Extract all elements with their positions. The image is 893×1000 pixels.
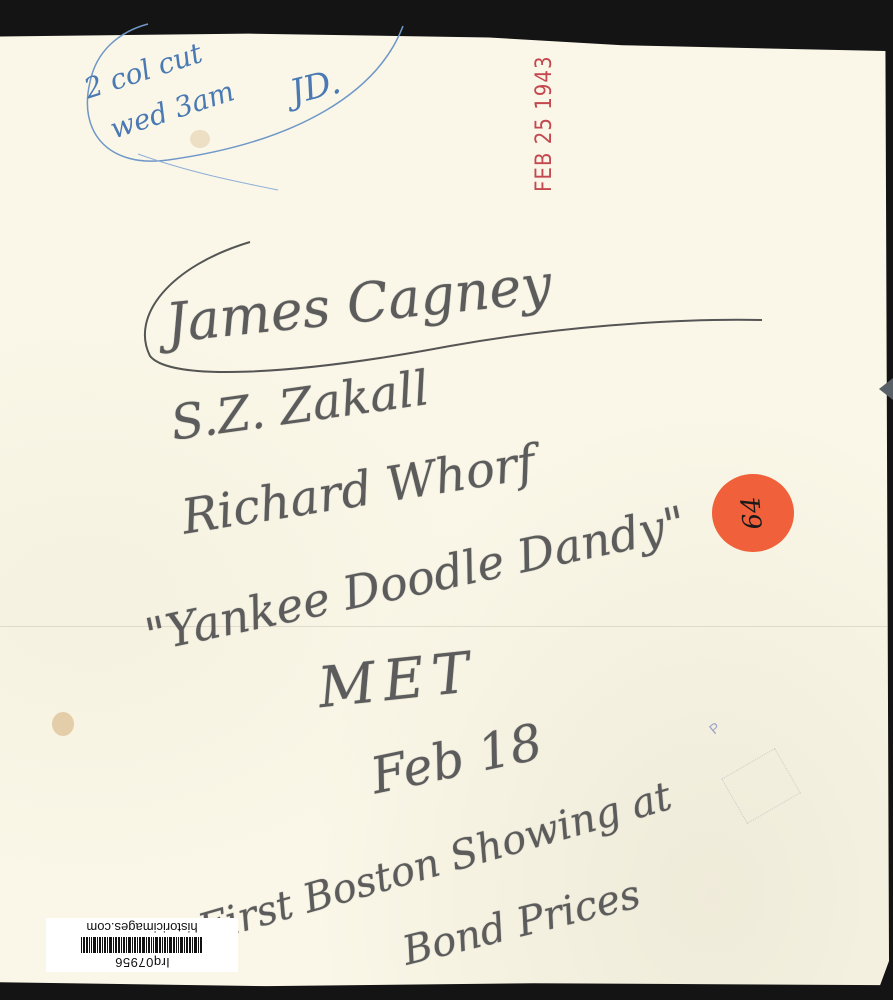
sticker-number: 64 <box>737 495 770 531</box>
date-stamp: FEB 25 1943 <box>532 55 557 192</box>
barcode-site: historicimages.com <box>86 920 197 935</box>
blue-ink-note: 2 col cut wed 3am JD. <box>78 22 408 162</box>
barcode-id: lrq07956 <box>115 955 170 970</box>
number-sticker: 64 <box>712 474 794 552</box>
paper-stain <box>52 712 74 736</box>
paper-crease <box>0 626 889 627</box>
barcode-icon <box>82 937 203 953</box>
barcode-label: lrq07956 historicimages.com <box>46 918 238 972</box>
